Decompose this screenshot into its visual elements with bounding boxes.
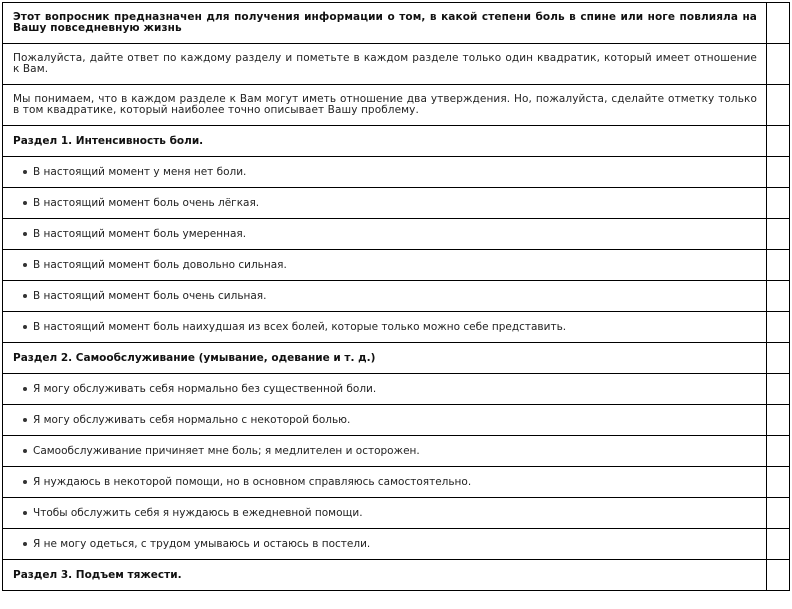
empty-cell: [767, 126, 790, 157]
option-label: В настоящий момент боль очень лёгкая.: [33, 197, 259, 209]
empty-cell: [767, 44, 790, 85]
option-label: Я могу обслуживать себя нормально с неко…: [33, 414, 350, 426]
option-row[interactable]: Я могу обслуживать себя нормально с неко…: [3, 405, 790, 436]
answer-checkbox[interactable]: [767, 467, 790, 498]
option-row[interactable]: В настоящий момент боль очень сильная.: [3, 281, 790, 312]
option-label: В настоящий момент боль довольно сильная…: [33, 259, 287, 271]
empty-cell: [767, 85, 790, 126]
answer-checkbox[interactable]: [767, 281, 790, 312]
option-label: В настоящий момент боль наихудшая из все…: [33, 321, 566, 333]
bullet-icon: [23, 511, 27, 515]
bullet-icon: [23, 294, 27, 298]
answer-checkbox[interactable]: [767, 157, 790, 188]
bullet-icon: [23, 170, 27, 174]
bullet-icon: [23, 325, 27, 329]
bullet-icon: [23, 449, 27, 453]
bullet-icon: [23, 201, 27, 205]
answer-checkbox[interactable]: [767, 188, 790, 219]
answer-checkbox[interactable]: [767, 529, 790, 560]
section-header-row: Раздел 3. Подъем тяжести.: [3, 560, 790, 591]
intro-row: Пожалуйста, дайте ответ по каждому разде…: [3, 44, 790, 85]
option-label: В настоящий момент у меня нет боли.: [33, 166, 246, 178]
intro-cell: Этот вопросник предназначен для получени…: [3, 3, 767, 44]
intro-cell: Пожалуйста, дайте ответ по каждому разде…: [3, 44, 767, 85]
intro-cell: Мы понимаем, что в каждом разделе к Вам …: [3, 85, 767, 126]
bullet-icon: [23, 418, 27, 422]
option-row[interactable]: В настоящий момент боль довольно сильная…: [3, 250, 790, 281]
section-header-row: Раздел 2. Самообслуживание (умывание, од…: [3, 343, 790, 374]
intro-instruction: Пожалуйста, дайте ответ по каждому разде…: [13, 53, 757, 75]
bullet-icon: [23, 263, 27, 267]
questionnaire-table: Этот вопросник предназначен для получени…: [2, 2, 790, 591]
option-row[interactable]: Я могу обслуживать себя нормально без су…: [3, 374, 790, 405]
empty-cell: [767, 343, 790, 374]
option-row[interactable]: Самообслуживание причиняет мне боль; я м…: [3, 436, 790, 467]
bullet-icon: [23, 387, 27, 391]
section-header-row: Раздел 1. Интенсивность боли.: [3, 126, 790, 157]
answer-checkbox[interactable]: [767, 405, 790, 436]
option-label: Я нуждаюсь в некоторой помощи, но в осно…: [33, 476, 471, 488]
intro-title: Этот вопросник предназначен для получени…: [13, 12, 757, 34]
bullet-icon: [23, 480, 27, 484]
option-row[interactable]: Я не могу одеться, с трудом умываюсь и о…: [3, 529, 790, 560]
option-label: Чтобы обслужить себя я нуждаюсь в ежедне…: [33, 507, 363, 519]
bullet-icon: [23, 232, 27, 236]
answer-checkbox[interactable]: [767, 436, 790, 467]
option-row[interactable]: В настоящий момент боль наихудшая из все…: [3, 312, 790, 343]
answer-checkbox[interactable]: [767, 374, 790, 405]
option-label: В настоящий момент боль умеренная.: [33, 228, 246, 240]
option-row[interactable]: Чтобы обслужить себя я нуждаюсь в ежедне…: [3, 498, 790, 529]
section-title: Раздел 3. Подъем тяжести.: [13, 569, 182, 581]
intro-row: Мы понимаем, что в каждом разделе к Вам …: [3, 85, 790, 126]
empty-cell: [767, 3, 790, 44]
option-label: Я могу обслуживать себя нормально без су…: [33, 383, 376, 395]
bullet-icon: [23, 542, 27, 546]
section-title: Раздел 1. Интенсивность боли.: [13, 135, 203, 147]
option-row[interactable]: В настоящий момент боль очень лёгкая.: [3, 188, 790, 219]
section-title: Раздел 2. Самообслуживание (умывание, од…: [13, 352, 375, 364]
option-row[interactable]: Я нуждаюсь в некоторой помощи, но в осно…: [3, 467, 790, 498]
intro-note: Мы понимаем, что в каждом разделе к Вам …: [13, 94, 757, 116]
answer-checkbox[interactable]: [767, 312, 790, 343]
questionnaire-body: Этот вопросник предназначен для получени…: [3, 3, 790, 591]
option-label: Я не могу одеться, с трудом умываюсь и о…: [33, 538, 370, 550]
option-row[interactable]: В настоящий момент боль умеренная.: [3, 219, 790, 250]
answer-checkbox[interactable]: [767, 250, 790, 281]
intro-row: Этот вопросник предназначен для получени…: [3, 3, 790, 44]
answer-checkbox[interactable]: [767, 219, 790, 250]
option-label: В настоящий момент боль очень сильная.: [33, 290, 266, 302]
option-row[interactable]: В настоящий момент у меня нет боли.: [3, 157, 790, 188]
option-label: Самообслуживание причиняет мне боль; я м…: [33, 445, 420, 457]
answer-checkbox[interactable]: [767, 498, 790, 529]
empty-cell: [767, 560, 790, 591]
